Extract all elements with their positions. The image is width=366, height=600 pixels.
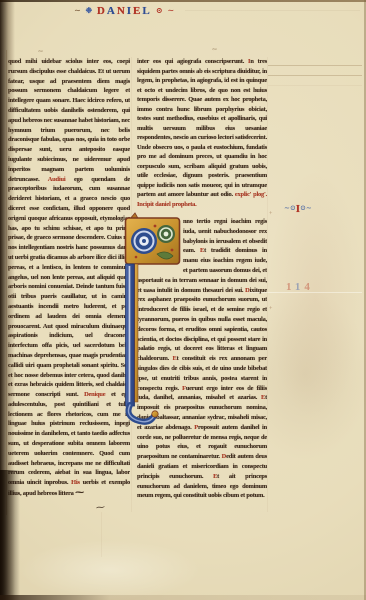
running-title: ∼ ❉ DANIEL ⊙ ∼ bbox=[74, 5, 174, 21]
binding-gutter-shadow-foot bbox=[0, 470, 20, 600]
left-column-prologue-text: quod mihi uidebar sciolus inter eos, coe… bbox=[8, 57, 130, 513]
margin-cross-mark: + bbox=[269, 306, 272, 312]
chapter-numeral-mark: ∼⊙I⊙∼ bbox=[284, 199, 312, 217]
marginal-scribble: ∾ bbox=[38, 48, 43, 55]
line-end-flourish: ⁓ bbox=[95, 502, 105, 514]
parchment-stain bbox=[20, 540, 200, 600]
ruling-line bbox=[268, 65, 362, 66]
prologue-end-and-rubric-text: inter eos qui agiografa conscripserunt. … bbox=[137, 57, 267, 217]
marginal-scribble: ∾ bbox=[212, 46, 217, 53]
ruling-line bbox=[101, 512, 102, 557]
title-flourish-left: ∼ bbox=[74, 6, 81, 15]
page-top-edge bbox=[0, 0, 366, 2]
margin-cross-mark: + bbox=[269, 211, 272, 217]
page-bottom-edge bbox=[0, 595, 366, 600]
folio-number: 114 bbox=[286, 281, 314, 293]
manuscript-page: ∼ ❉ DANIEL ⊙ ∼ ∾ ∾ quod mihi uidebar sci… bbox=[0, 0, 366, 600]
title-flourish-right: ∼ bbox=[167, 6, 174, 15]
ruling-line bbox=[267, 57, 268, 512]
ruling-line bbox=[268, 75, 362, 76]
ruling-line bbox=[185, 10, 360, 11]
title-ornament-right: ⊙ bbox=[156, 6, 163, 15]
title-ornament-left: ❉ bbox=[85, 6, 92, 15]
parchment-stain bbox=[268, 170, 363, 420]
illuminated-initial-A bbox=[124, 212, 182, 426]
ruling-line bbox=[268, 85, 362, 86]
title-letters: DANIEL bbox=[97, 5, 151, 17]
